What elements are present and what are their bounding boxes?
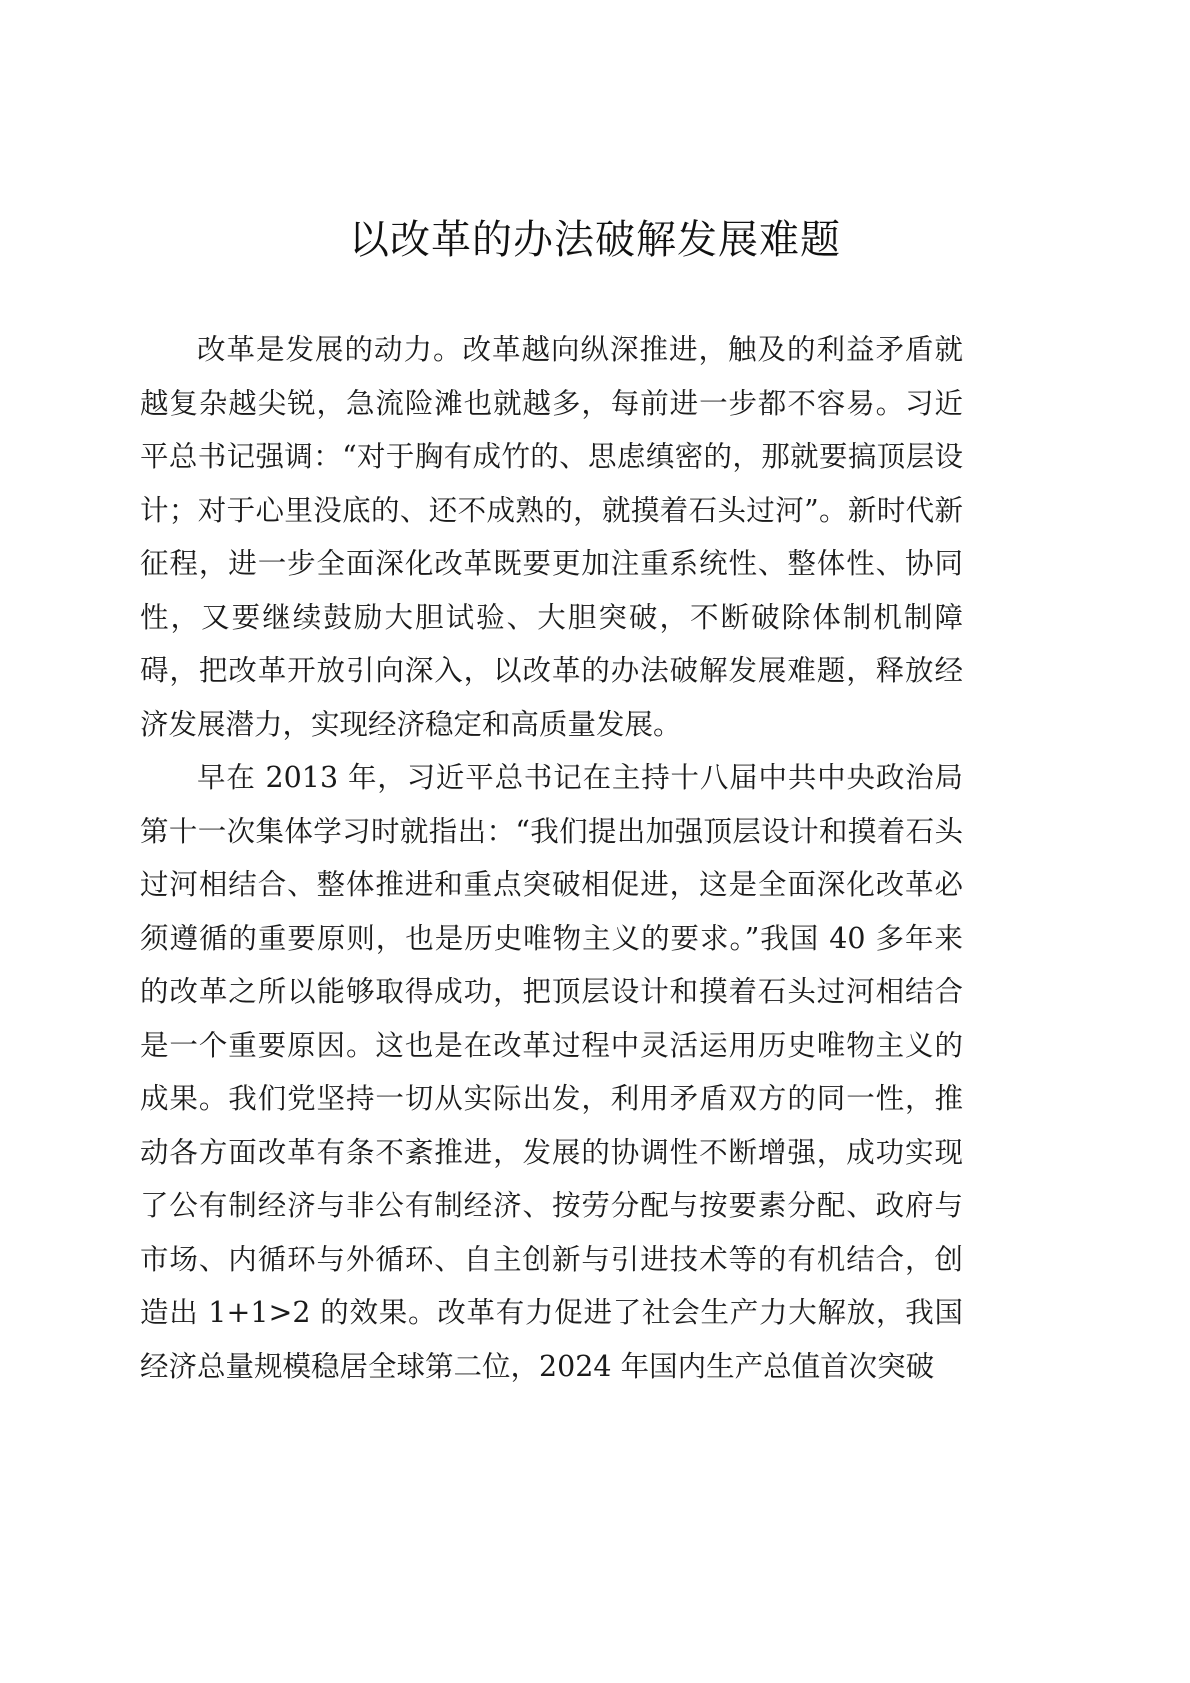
document-body: 改革是发展的动力。改革越向纵深推进，触及的利益矛盾就越复杂越尖锐，急流险滩也就越… (140, 323, 963, 1393)
paragraph-2: 早在 2013 年，习近平总书记在主持十八届中共中央政治局第十一次集体学习时就指… (140, 751, 963, 1393)
paragraph-1: 改革是发展的动力。改革越向纵深推进，触及的利益矛盾就越复杂越尖锐，急流险滩也就越… (140, 323, 963, 751)
document-page: 以改革的办法破解发展难题 改革是发展的动力。改革越向纵深推进，触及的利益矛盾就越… (0, 0, 1190, 1683)
document-title: 以改革的办法破解发展难题 (0, 213, 1190, 267)
